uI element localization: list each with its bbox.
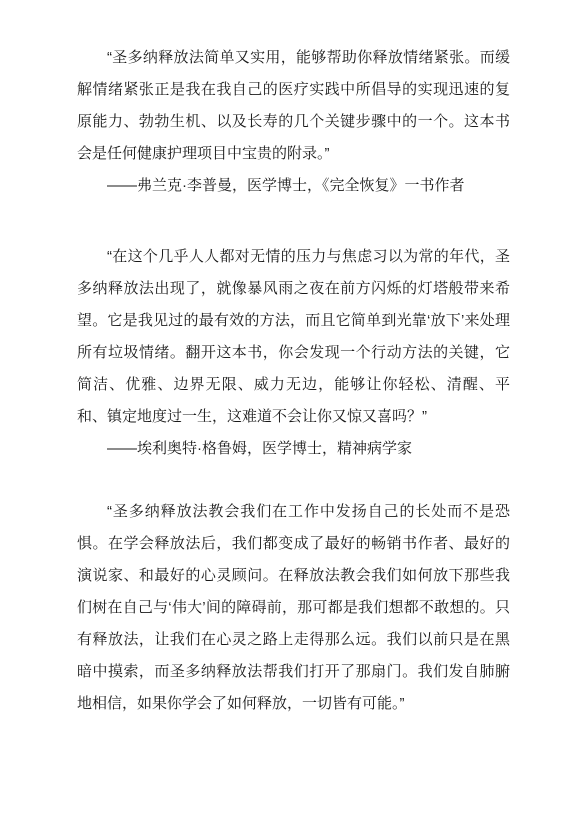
testimonial-quote-1: “圣多纳释放法简单又实用，能够帮助你释放情绪紧张。而缓解情绪紧张正是我在我自己的… bbox=[77, 42, 510, 170]
testimonial-block-2: “在这个几乎人人都对无情的压力与焦虑习以为常的年代，圣多纳释放法出现了，就像暴风… bbox=[77, 241, 510, 465]
testimonial-attribution-1: ——弗兰克·李普曼，医学博士，《完全恢复》一书作者 bbox=[77, 170, 510, 202]
testimonial-block-1: “圣多纳释放法简单又实用，能够帮助你释放情绪紧张。而缓解情绪紧张正是我在我自己的… bbox=[77, 42, 510, 202]
testimonial-attribution-2: ——埃利奥特·格鲁姆，医学博士，精神病学家 bbox=[77, 433, 510, 465]
testimonial-quote-3: “圣多纳释放法教会我们在工作中发扬自己的长处而不是恐惧。在学会释放法后，我们都变… bbox=[77, 496, 510, 720]
testimonial-block-3: “圣多纳释放法教会我们在工作中发扬自己的长处而不是恐惧。在学会释放法后，我们都变… bbox=[77, 496, 510, 720]
document-page: “圣多纳释放法简单又实用，能够帮助你释放情绪紧张。而缓解情绪紧张正是我在我自己的… bbox=[0, 0, 587, 828]
testimonial-quote-2: “在这个几乎人人都对无情的压力与焦虑习以为常的年代，圣多纳释放法出现了，就像暴风… bbox=[77, 241, 510, 433]
